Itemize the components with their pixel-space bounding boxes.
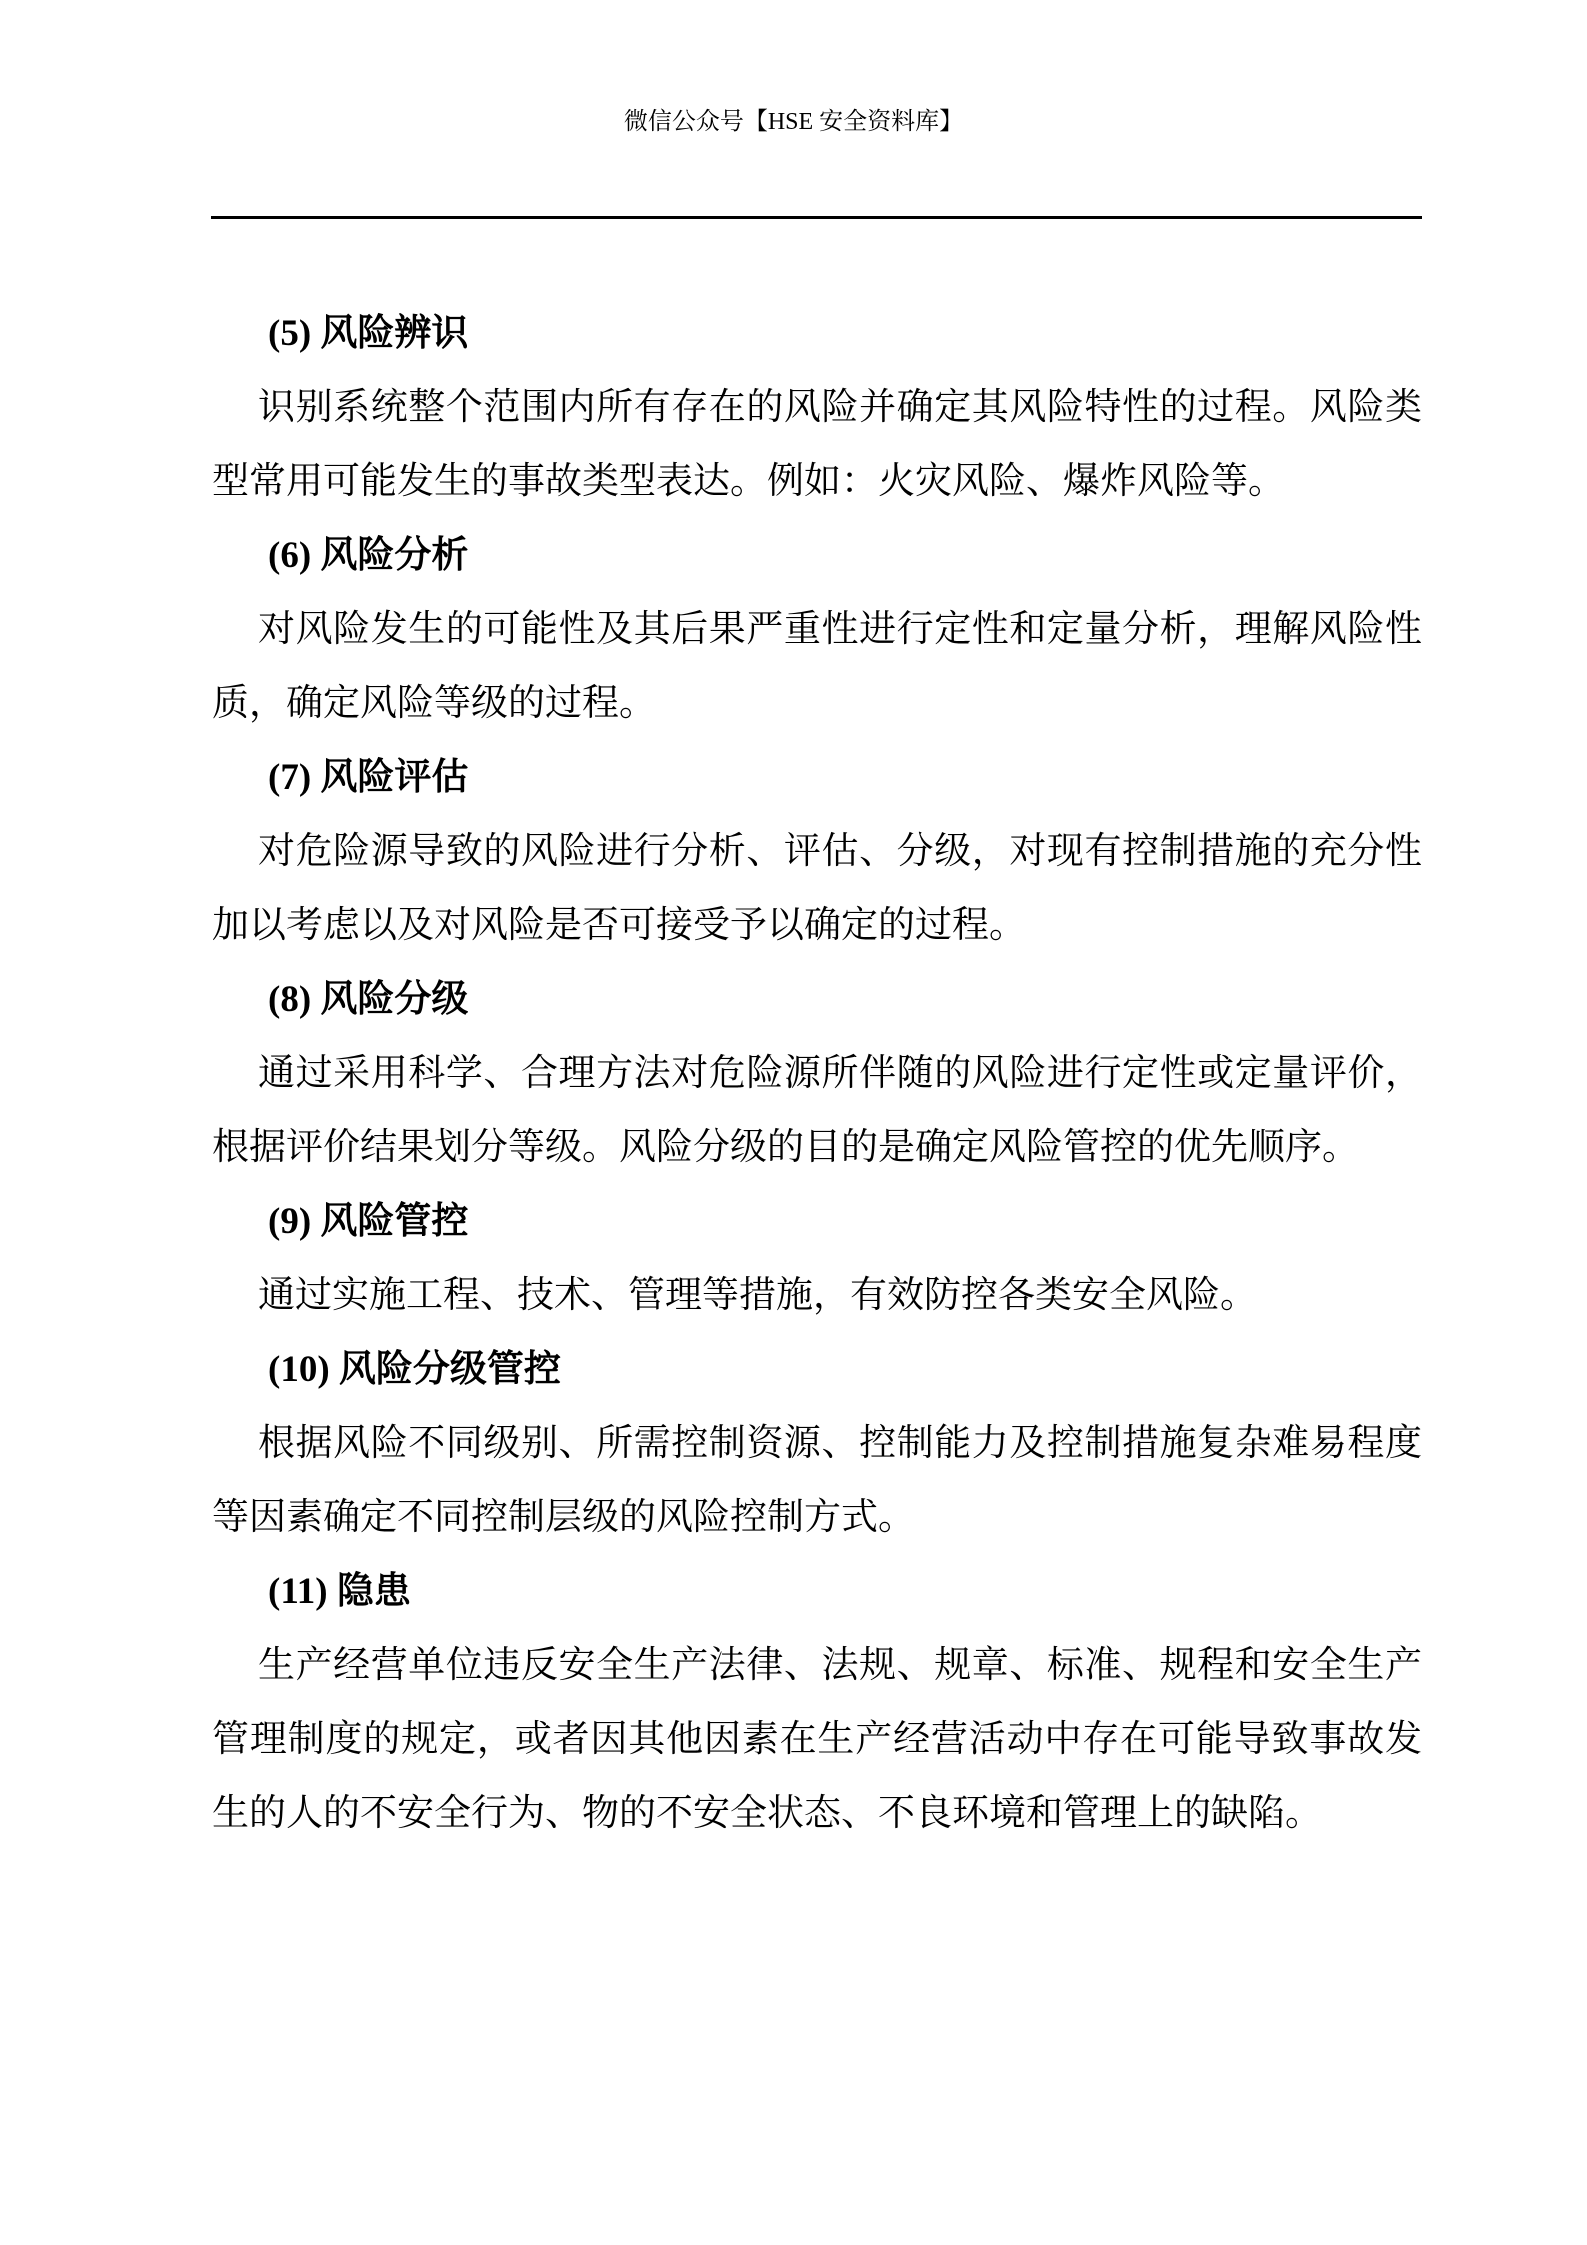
section-heading: (9) 风险管控 <box>212 1185 1422 1259</box>
term-section: (11) 隐患 生产经营单位违反安全生产法律、法规、规章、标准、规程和安全生产管… <box>212 1555 1422 1851</box>
term-section: (6) 风险分析 对风险发生的可能性及其后果严重性进行定性和定量分析，理解风险性… <box>212 519 1422 741</box>
section-heading: (11) 隐患 <box>212 1555 1422 1629</box>
section-heading: (10) 风险分级管控 <box>212 1333 1422 1407</box>
section-paragraph: 根据风险不同级别、所需控制资源、控制能力及控制措施复杂难易程度等因素确定不同控制… <box>212 1407 1422 1555</box>
document-body: (5) 风险辨识 识别系统整个范围内所有存在的风险并确定其风险特性的过程。风险类… <box>0 219 1587 1851</box>
section-paragraph: 对危险源导致的风险进行分析、评估、分级，对现有控制措施的充分性加以考虑以及对风险… <box>212 815 1422 963</box>
term-section: (7) 风险评估 对危险源导致的风险进行分析、评估、分级，对现有控制措施的充分性… <box>212 741 1422 963</box>
section-paragraph: 生产经营单位违反安全生产法律、法规、规章、标准、规程和安全生产管理制度的规定，或… <box>212 1629 1422 1851</box>
page-header: 微信公众号【HSE 安全资料库】 <box>0 0 1587 136</box>
section-paragraph: 识别系统整个范围内所有存在的风险并确定其风险特性的过程。风险类型常用可能发生的事… <box>212 371 1422 519</box>
section-paragraph: 通过采用科学、合理方法对危险源所伴随的风险进行定性或定量评价，根据评价结果划分等… <box>212 1037 1422 1185</box>
document-page: 微信公众号【HSE 安全资料库】 (5) 风险辨识 识别系统整个范围内所有存在的… <box>0 0 1587 2245</box>
term-section: (8) 风险分级 通过采用科学、合理方法对危险源所伴随的风险进行定性或定量评价，… <box>212 963 1422 1185</box>
term-section: (10) 风险分级管控 根据风险不同级别、所需控制资源、控制能力及控制措施复杂难… <box>212 1333 1422 1555</box>
section-heading: (7) 风险评估 <box>212 741 1422 815</box>
section-heading: (5) 风险辨识 <box>212 297 1422 371</box>
section-heading: (8) 风险分级 <box>212 963 1422 1037</box>
term-section: (9) 风险管控 通过实施工程、技术、管理等措施，有效防控各类安全风险。 <box>212 1185 1422 1333</box>
section-paragraph: 通过实施工程、技术、管理等措施，有效防控各类安全风险。 <box>212 1259 1422 1333</box>
section-paragraph: 对风险发生的可能性及其后果严重性进行定性和定量分析，理解风险性质，确定风险等级的… <box>212 593 1422 741</box>
term-section: (5) 风险辨识 识别系统整个范围内所有存在的风险并确定其风险特性的过程。风险类… <box>212 297 1422 519</box>
section-heading: (6) 风险分析 <box>212 519 1422 593</box>
